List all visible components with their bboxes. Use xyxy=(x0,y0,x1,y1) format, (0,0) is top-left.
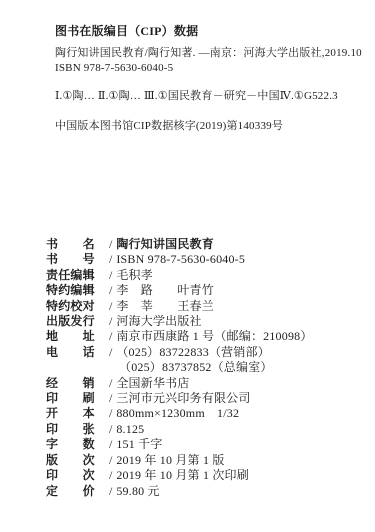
detail-row: 出版发行/河海大学出版社 xyxy=(46,314,363,329)
detail-label: 字 数 xyxy=(46,437,106,452)
detail-value: 南京市西康路 1 号（邮编：210098） xyxy=(116,329,312,344)
label-value-separator: / xyxy=(109,453,112,468)
detail-value: （025）83737852（总编室） xyxy=(119,360,273,375)
detail-row: 书 名/陶行知讲国民教育 xyxy=(46,237,363,252)
detail-row: 电 话/（025）83722833（营销部） xyxy=(46,345,363,360)
detail-value: 8.125 xyxy=(116,422,144,437)
label-value-separator: / xyxy=(109,406,112,421)
detail-value: 陶行知讲国民教育 xyxy=(116,237,214,252)
detail-row: 字 数/151 千字 xyxy=(46,437,363,452)
label-value-separator: / xyxy=(109,329,112,344)
detail-value: 151 千字 xyxy=(116,437,162,452)
detail-value: 2019 年 10 月第 1 版 xyxy=(116,453,224,468)
detail-value: 河海大学出版社 xyxy=(116,314,201,329)
cip-isbn-line: ISBN 978-7-5630-6040-5 xyxy=(55,61,357,76)
cip-data-block: 图书在版编目（CIP）数据 陶行知讲国民教育/陶行知著. —南京：河海大学出版社… xyxy=(0,0,375,133)
detail-label: 特约校对 xyxy=(46,299,106,314)
label-value-separator: / xyxy=(109,484,112,499)
detail-label: 书 号 xyxy=(46,252,106,267)
detail-value: 三河市元兴印务有限公司 xyxy=(116,391,250,406)
detail-value: ISBN 978-7-5630-6040-5 xyxy=(116,252,245,267)
detail-label: 特约编辑 xyxy=(46,283,106,298)
label-value-separator: / xyxy=(109,391,112,406)
detail-row: 开 本/880mm×1230mm 1/32 xyxy=(46,406,363,421)
cip-classification-line: Ⅰ.①陶… Ⅱ.①陶… Ⅲ.①国民教育－研究－中国Ⅳ.①G522.3 xyxy=(55,89,357,104)
detail-row: 印 次/2019 年 10 月第 1 次印刷 xyxy=(46,468,363,483)
label-value-separator: / xyxy=(109,237,112,252)
detail-label: 印 次 xyxy=(46,468,106,483)
label-value-separator: / xyxy=(109,252,112,267)
label-value-separator: / xyxy=(109,376,112,391)
label-value-separator: / xyxy=(109,345,112,360)
detail-label: 地 址 xyxy=(46,329,106,344)
detail-label: 责任编辑 xyxy=(46,268,106,283)
detail-row: 特约校对/李 莘 王春兰 xyxy=(46,299,363,314)
detail-row: 经 销/全国新华书店 xyxy=(46,376,363,391)
label-value-separator: / xyxy=(109,268,112,283)
detail-row: 版 次/2019 年 10 月第 1 版 xyxy=(46,453,363,468)
detail-row: 印 刷/三河市元兴印务有限公司 xyxy=(46,391,363,406)
detail-row: 地 址/南京市西康路 1 号（邮编：210098） xyxy=(46,329,363,344)
detail-row: 书 号/ISBN 978-7-5630-6040-5 xyxy=(46,252,363,267)
detail-row: 定 价/59.80 元 xyxy=(46,484,363,499)
detail-value: 毛积孝 xyxy=(116,268,153,283)
detail-value: 2019 年 10 月第 1 次印刷 xyxy=(116,468,249,483)
detail-label: 出版发行 xyxy=(46,314,106,329)
detail-row: 特约编辑/李 路 叶青竹 xyxy=(46,283,363,298)
detail-value: 全国新华书店 xyxy=(116,376,189,391)
label-value-separator: / xyxy=(109,299,112,314)
detail-value: 880mm×1230mm 1/32 xyxy=(116,406,239,421)
detail-value: （025）83722833（营销部） xyxy=(116,345,270,360)
cip-title: 图书在版编目（CIP）数据 xyxy=(55,22,357,39)
colophon-details-list: 书 名/陶行知讲国民教育书 号/ISBN 978-7-5630-6040-5责任… xyxy=(0,237,375,499)
detail-value: 李 路 叶青竹 xyxy=(116,283,214,298)
copyright-page: 图书在版编目（CIP）数据 陶行知讲国民教育/陶行知著. —南京：河海大学出版社… xyxy=(0,0,375,532)
detail-value: 李 莘 王春兰 xyxy=(116,299,214,314)
detail-row: 责任编辑/毛积孝 xyxy=(46,268,363,283)
detail-label: 印 张 xyxy=(46,422,106,437)
detail-label: 电 话 xyxy=(46,345,106,360)
cip-registry-line: 中国版本图书馆CIP数据核字(2019)第140339号 xyxy=(55,119,357,134)
label-value-separator: / xyxy=(109,437,112,452)
detail-row-continuation: （025）83737852（总编室） xyxy=(46,360,363,375)
label-value-separator: / xyxy=(109,283,112,298)
detail-label: 版 次 xyxy=(46,453,106,468)
detail-label: 印 刷 xyxy=(46,391,106,406)
detail-label: 定 价 xyxy=(46,484,106,499)
detail-label: 经 销 xyxy=(46,376,106,391)
detail-label: 书 名 xyxy=(46,237,106,252)
label-value-separator: / xyxy=(109,468,112,483)
label-value-separator: / xyxy=(109,314,112,329)
detail-row: 印 张/8.125 xyxy=(46,422,363,437)
detail-label: 开 本 xyxy=(46,406,106,421)
detail-value: 59.80 元 xyxy=(116,484,159,499)
label-value-separator: / xyxy=(109,422,112,437)
cip-record-line: 陶行知讲国民教育/陶行知著. —南京：河海大学出版社,2019.10 xyxy=(55,46,357,61)
